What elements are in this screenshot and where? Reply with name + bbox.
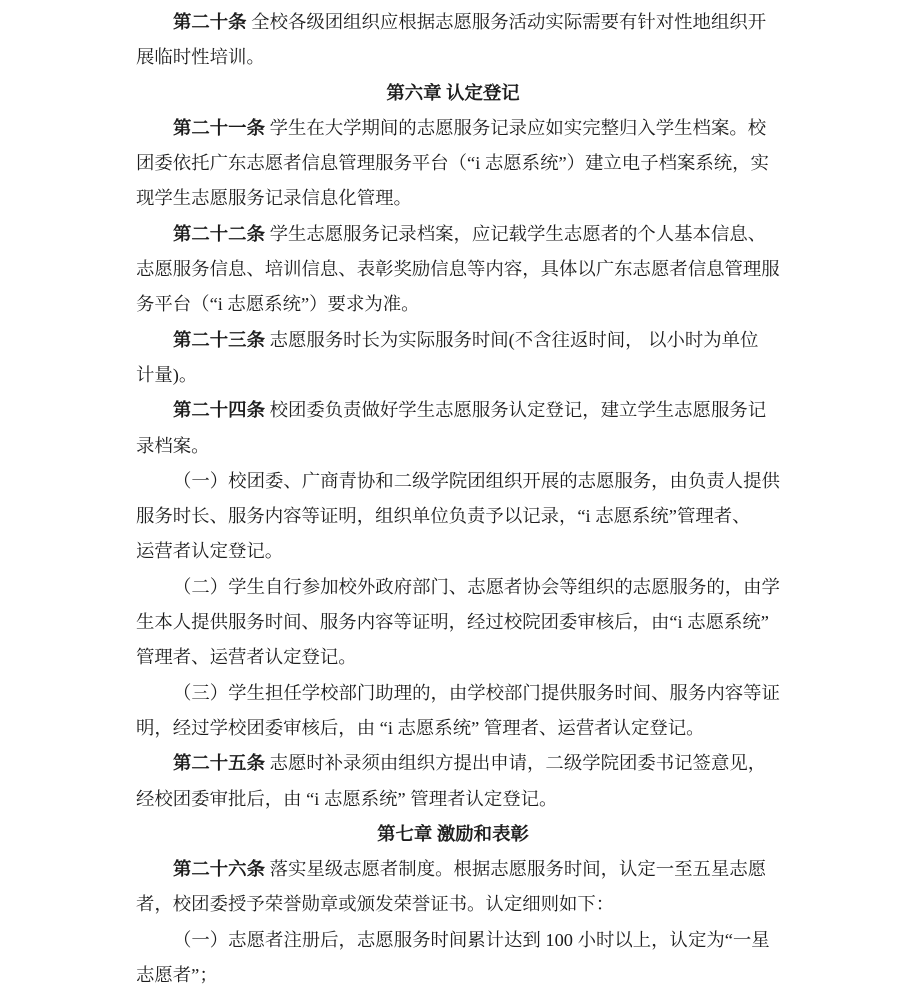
article-number: 第二十二条: [173, 224, 265, 244]
document-body: 第二十条 全校各级团组织应根据志愿服务活动实际需要有针对性地组织开展临时性培训。…: [136, 5, 770, 990]
chapter-heading: 第七章 激励和表彰: [136, 817, 770, 852]
article-number: 第二十四条: [173, 400, 265, 420]
line-text: 志愿服务时长为实际服务时间(不含往返时间， 以小时为单位: [265, 330, 758, 350]
text-line: 志愿服务信息、培训信息、表彰奖励信息等内容，具体以广东志愿者信息管理服: [136, 252, 770, 287]
text-line: 计量)。: [136, 358, 770, 393]
text-line: 服务时长、服务内容等证明，组织单位负责予以记录，“i 志愿系统”管理者、: [136, 499, 770, 534]
line-text: 学生在大学期间的志愿服务记录应如实完整归入学生档案。校: [265, 118, 766, 138]
article-number: 第二十五条: [173, 753, 265, 773]
document-page: 第二十条 全校各级团组织应根据志愿服务活动实际需要有针对性地组织开展临时性培训。…: [136, 5, 770, 990]
text-line: 第二十五条 志愿时补录须由组织方提出申请，二级学院团委书记签意见，: [136, 746, 770, 781]
text-line: 现学生志愿服务记录信息化管理。: [136, 181, 770, 216]
text-line: 第二十三条 志愿服务时长为实际服务时间(不含往返时间， 以小时为单位: [136, 323, 770, 358]
article-number: 第二十一条: [173, 118, 265, 138]
text-line: 第二十四条 校团委负责做好学生志愿服务认定登记，建立学生志愿服务记: [136, 393, 770, 428]
text-line: 第二十一条 学生在大学期间的志愿服务记录应如实完整归入学生档案。校: [136, 111, 770, 146]
text-line: 务平台（“i 志愿系统”）要求为准。: [136, 287, 770, 322]
text-line: （一）志愿者注册后，志愿服务时间累计达到 100 小时以上，认定为“一星: [136, 923, 770, 958]
text-line: 者，校团委授予荣誉勋章或颁发荣誉证书。认定细则如下：: [136, 887, 770, 922]
article-number: 第二十条: [173, 12, 247, 32]
text-line: 录档案。: [136, 429, 770, 464]
text-line: 第二十二条 学生志愿服务记录档案，应记载学生志愿者的个人基本信息、: [136, 217, 770, 252]
line-text: 志愿时补录须由组织方提出申请，二级学院团委书记签意见，: [265, 753, 766, 773]
text-line: （一）校团委、广商青协和二级学院团组织开展的志愿服务，由负责人提供: [136, 464, 770, 499]
text-line: 经校团委审批后，由 “i 志愿系统” 管理者认定登记。: [136, 782, 770, 817]
text-line: 展临时性培训。: [136, 40, 770, 75]
text-line: 生本人提供服务时间、服务内容等证明，经过校院团委审核后，由“i 志愿系统”: [136, 605, 770, 640]
text-line: 运营者认定登记。: [136, 534, 770, 569]
line-text: 学生志愿服务记录档案，应记载学生志愿者的个人基本信息、: [265, 224, 766, 244]
text-line: 第二十六条 落实星级志愿者制度。根据志愿服务时间，认定一至五星志愿: [136, 852, 770, 887]
text-line: 志愿者”；: [136, 958, 770, 990]
article-number: 第二十三条: [173, 330, 265, 350]
text-line: 明，经过学校团委审核后，由 “i 志愿系统” 管理者、运营者认定登记。: [136, 711, 770, 746]
text-line: 第二十条 全校各级团组织应根据志愿服务活动实际需要有针对性地组织开: [136, 5, 770, 40]
text-line: （三）学生担任学校部门助理的，由学校部门提供服务时间、服务内容等证: [136, 676, 770, 711]
article-number: 第二十六条: [173, 859, 265, 879]
line-text: 全校各级团组织应根据志愿服务活动实际需要有针对性地组织开: [247, 12, 767, 32]
text-line: 团委依托广东志愿者信息管理服务平台（“i 志愿系统”）建立电子档案系统，实: [136, 146, 770, 181]
line-text: 校团委负责做好学生志愿服务认定登记，建立学生志愿服务记: [265, 400, 766, 420]
text-line: 管理者、运营者认定登记。: [136, 640, 770, 675]
line-text: 落实星级志愿者制度。根据志愿服务时间，认定一至五星志愿: [265, 859, 766, 879]
text-line: （二）学生自行参加校外政府部门、志愿者协会等组织的志愿服务的，由学: [136, 570, 770, 605]
chapter-heading: 第六章 认定登记: [136, 76, 770, 111]
